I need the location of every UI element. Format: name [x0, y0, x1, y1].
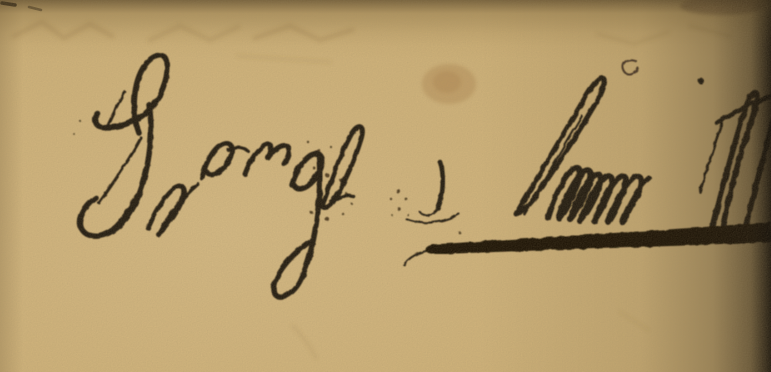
paper-grain — [0, 0, 771, 372]
manuscript-scan: George Smith — [0, 0, 771, 372]
signature-svg — [0, 0, 771, 372]
